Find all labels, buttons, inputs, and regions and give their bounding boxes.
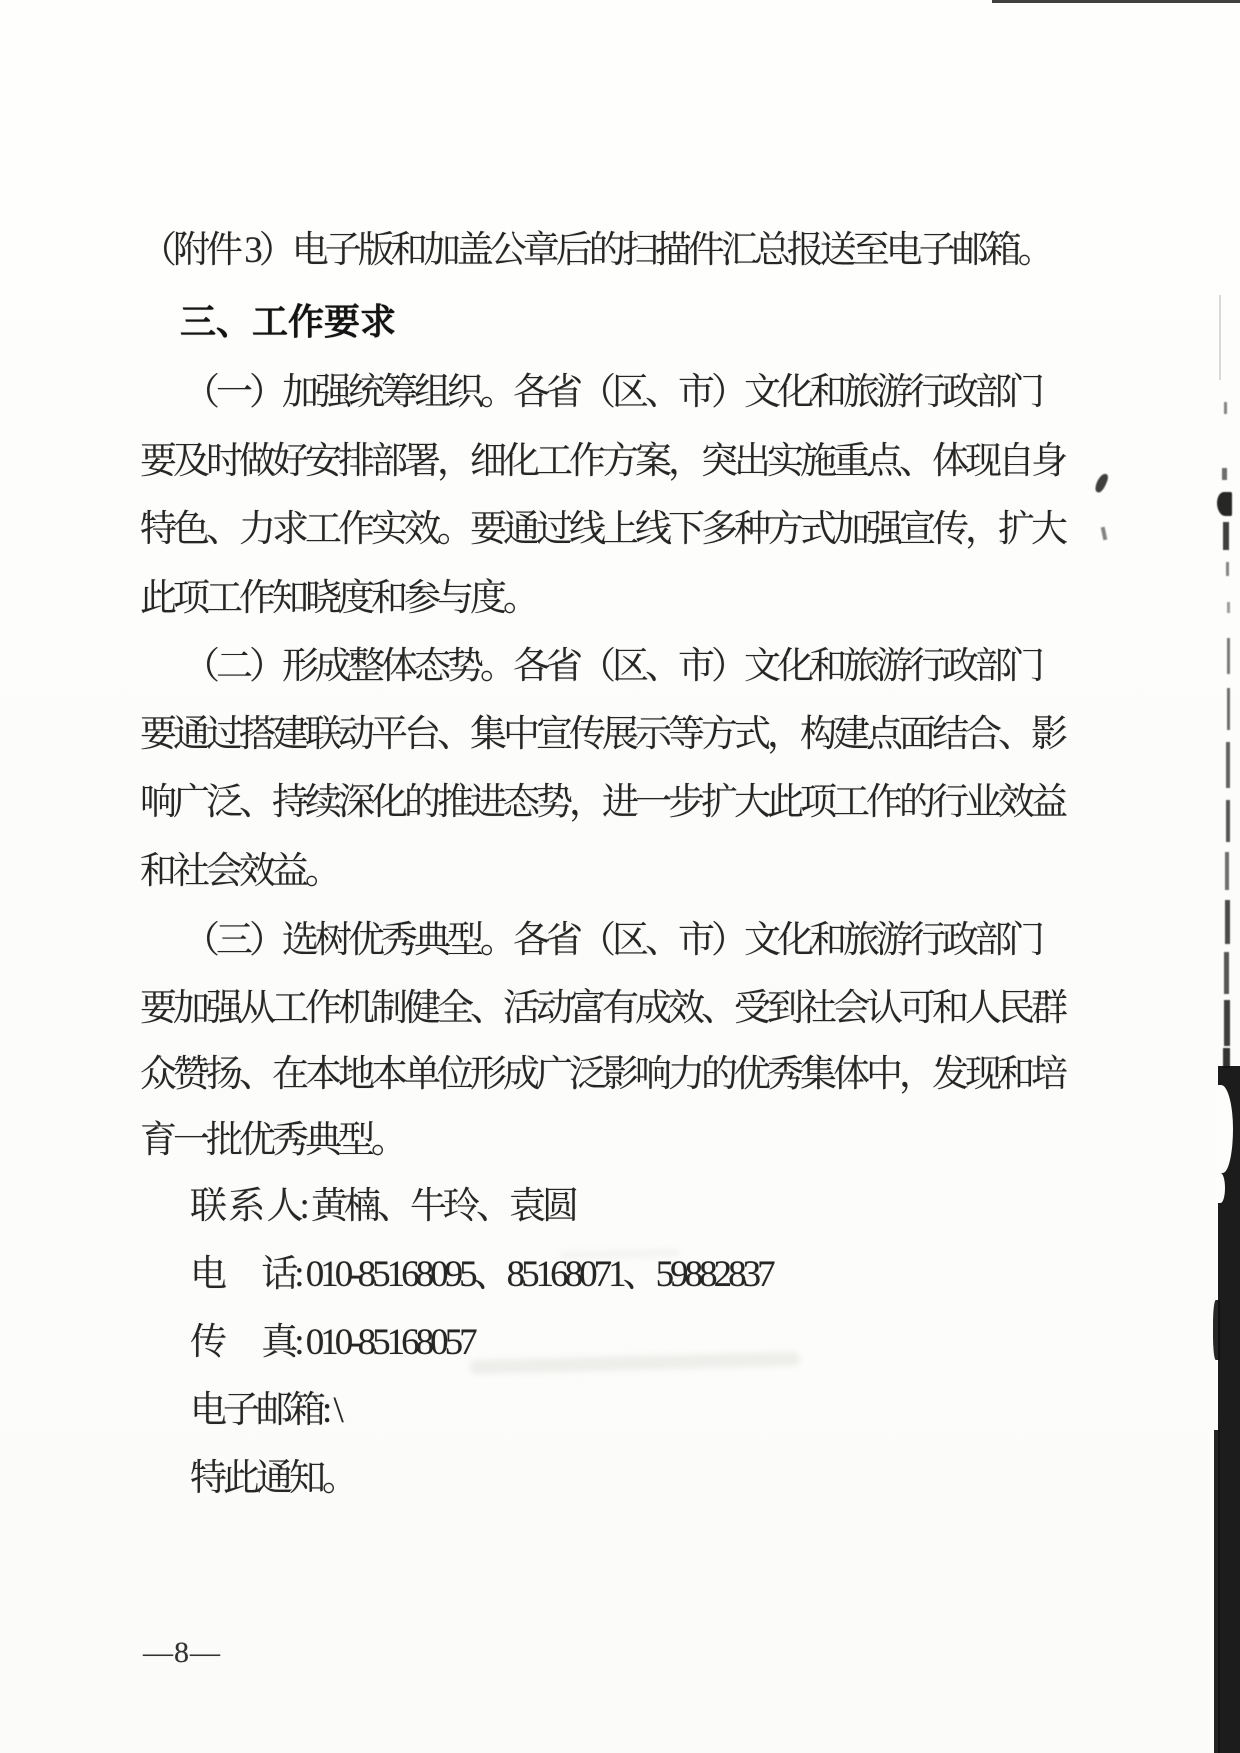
text-line: 此项工作知晓度和参与度。 — [140, 578, 536, 621]
contact-phone-line: 电 话: 010-85168095、85168071、59882837 — [190, 1254, 772, 1297]
scan-edge-band-nub — [1214, 1430, 1220, 1753]
scan-edge-top-line — [992, 0, 1240, 3]
text-line: 育一批优秀典型。 — [140, 1120, 404, 1163]
scan-dash — [1226, 800, 1230, 842]
scan-dash — [1224, 402, 1227, 414]
text-line: 要加强从工作机制健全、活动富有成效、受到社会认可和人民群 — [140, 988, 1064, 1031]
text-line: 特色、力求工作实效。要通过线上线下多种方式加强宣传，扩大 — [140, 509, 1064, 552]
scan-dash — [1225, 900, 1230, 944]
text-line: 众赞扬、在本地本单位形成广泛影响力的优秀集体中，发现和培 — [140, 1054, 1064, 1097]
scan-dash — [1223, 1048, 1230, 1068]
text-line: 要通过搭建联动平台、集中宣传展示等方式，构建点面结合、影 — [140, 714, 1064, 757]
scan-dash — [1226, 742, 1230, 788]
contact-email-line: 电子邮箱: \ — [190, 1390, 340, 1433]
ink-mark — [1101, 527, 1108, 541]
text-line: 和社会效益。 — [140, 851, 338, 894]
scan-dash — [1224, 1000, 1230, 1046]
page-number: —8— — [143, 1636, 221, 1671]
text-line: （二）形成整体态势。各省（区、市）文化和旅游行政部门 — [183, 646, 1041, 689]
scan-dash — [1225, 852, 1229, 890]
contact-person-line: 联 系 人: 黄楠、牛玲、袁圆 — [190, 1186, 575, 1229]
torn-paper-notch — [1216, 1173, 1225, 1203]
scan-edge-band-nub — [1213, 1300, 1220, 1360]
text-line: 要及时做好安排部署，细化工作方案，突出实施重点、体现自身 — [140, 441, 1064, 484]
document-page: （附件 3）电子版和加盖公章后的扫描件汇总报送至电子邮箱。 三、工作要求 （一）… — [0, 0, 1240, 1753]
scan-dash — [1227, 602, 1230, 613]
scan-dash — [1223, 522, 1229, 550]
text-line: （一）加强统筹组织。各省（区、市）文化和旅游行政部门 — [183, 372, 1041, 415]
text-line-intro: （附件 3）电子版和加盖公章后的扫描件汇总报送至电子邮箱。 — [140, 230, 1051, 273]
scan-dash — [1227, 638, 1230, 674]
scan-streak — [1219, 295, 1221, 380]
scan-dash — [1224, 952, 1229, 994]
ink-mark — [1093, 472, 1109, 494]
text-line: （三）选树优秀典型。各省（区、市）文化和旅游行政部门 — [183, 920, 1041, 963]
scan-smudge — [470, 1352, 800, 1375]
closing-line: 特此通知。 — [190, 1458, 355, 1501]
section-heading: 三、工作要求 — [180, 301, 396, 342]
scan-dash — [1226, 562, 1229, 576]
text-line: 响广泛、持续深化的推进态势，进一步扩大此项工作的行业效益 — [140, 782, 1064, 825]
contact-fax-line: 传 真: 010-85168057 — [190, 1322, 474, 1365]
scan-blob — [1217, 492, 1232, 516]
scan-dash — [1227, 688, 1230, 730]
scan-dash — [1222, 468, 1227, 480]
